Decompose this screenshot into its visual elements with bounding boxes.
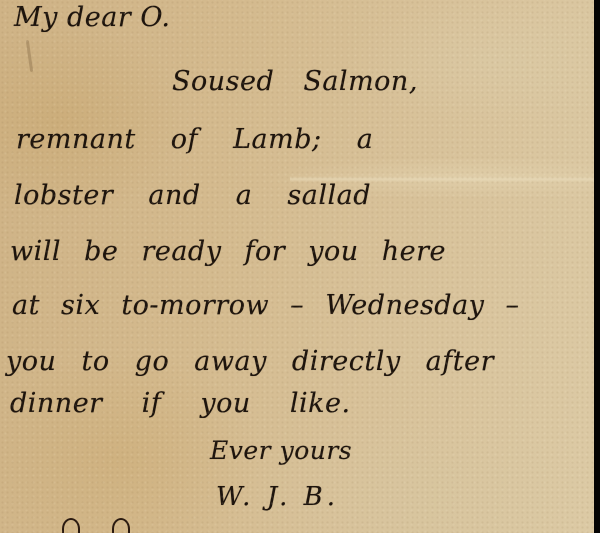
paper-crease-mark xyxy=(26,40,33,72)
aged-paper: My dear O. Soused Salmon, remnant of Lam… xyxy=(0,0,594,533)
letter-line-6: you to go away directly after xyxy=(6,346,494,377)
letter-salutation: My dear O. xyxy=(14,2,170,33)
cutoff-ink-stroke xyxy=(62,518,80,533)
letter-line-4: will be ready for you here xyxy=(10,236,446,267)
scanned-letter: My dear O. Soused Salmon, remnant of Lam… xyxy=(0,0,600,533)
letter-signature: W. J. B. xyxy=(216,482,339,512)
letter-line-1: Soused Salmon, xyxy=(172,66,418,97)
letter-line-5: at six to-morrow – Wednesday – xyxy=(12,290,520,321)
letter-closing: Ever yours xyxy=(210,436,352,465)
scan-border xyxy=(594,0,600,533)
letter-line-3: lobster and a sallad xyxy=(14,180,371,211)
cutoff-ink-stroke xyxy=(112,518,130,533)
letter-line-7: dinner if you like. xyxy=(10,388,351,419)
letter-line-2: remnant of Lamb; a xyxy=(16,124,373,155)
